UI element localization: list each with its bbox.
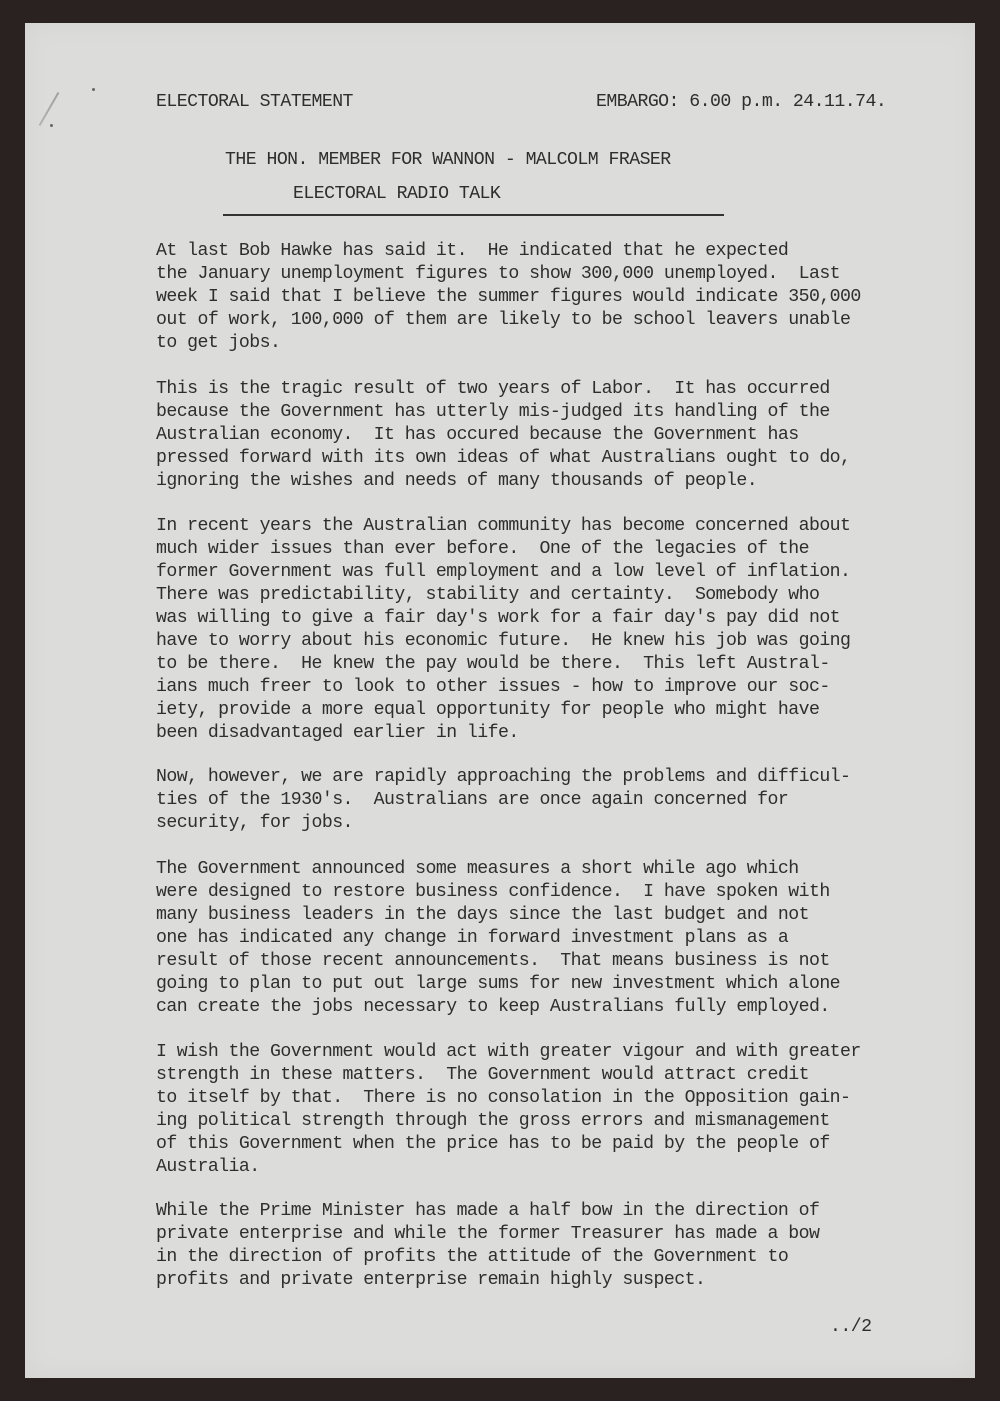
text-line: pressed forward with its own ideas of wh… — [156, 447, 850, 470]
text-line: been disadvantaged earlier in life. — [156, 722, 850, 745]
title-underline — [223, 214, 724, 216]
text-line: going to plan to put out large sums for … — [156, 973, 840, 996]
text-line: of this Government when the price has to… — [156, 1133, 861, 1156]
text-line: many business leaders in the days since … — [156, 904, 840, 927]
document-subtitle: ELECTORAL RADIO TALK — [293, 184, 500, 204]
text-line: to itself by that. There is no consolati… — [156, 1087, 861, 1110]
text-line: In recent years the Australian community… — [156, 515, 850, 538]
paper-blemish — [92, 88, 95, 91]
paragraph-4: Now, however, we are rapidly approaching… — [156, 766, 850, 835]
text-line: can create the jobs necessary to keep Au… — [156, 996, 840, 1019]
text-line: ties of the 1930's. Australians are once… — [156, 789, 850, 812]
page-continuation-marker: ../2 — [830, 1317, 871, 1337]
text-line: Australia. — [156, 1156, 861, 1179]
text-line: much wider issues than ever before. One … — [156, 538, 850, 561]
text-line: result of those recent announcements. Th… — [156, 950, 840, 973]
paragraph-7: While the Prime Minister has made a half… — [156, 1200, 819, 1292]
text-line: to get jobs. — [156, 332, 861, 355]
paragraph-2: This is the tragic result of two years o… — [156, 378, 850, 493]
document-title: THE HON. MEMBER FOR WANNON - MALCOLM FRA… — [225, 150, 671, 170]
text-line: week I said that I believe the summer fi… — [156, 286, 861, 309]
text-line: This is the tragic result of two years o… — [156, 378, 850, 401]
text-line: Australian economy. It has occured becau… — [156, 424, 850, 447]
text-line: have to worry about his economic future.… — [156, 630, 850, 653]
text-line: in the direction of profits the attitude… — [156, 1246, 819, 1269]
text-line: Now, however, we are rapidly approaching… — [156, 766, 850, 789]
text-line: profits and private enterprise remain hi… — [156, 1269, 819, 1292]
text-line: ignoring the wishes and needs of many th… — [156, 470, 850, 493]
text-line: At last Bob Hawke has said it. He indica… — [156, 240, 861, 263]
text-line: iety, provide a more equal opportunity f… — [156, 699, 850, 722]
statement-type-label: ELECTORAL STATEMENT — [156, 92, 353, 112]
text-line: because the Government has utterly mis-j… — [156, 401, 850, 424]
text-line: security, for jobs. — [156, 812, 850, 835]
embargo-label: EMBARGO: 6.00 p.m. 24.11.74. — [596, 92, 886, 112]
text-line: were designed to restore business confid… — [156, 881, 840, 904]
paragraph-6: I wish the Government would act with gre… — [156, 1041, 861, 1179]
text-line: The Government announced some measures a… — [156, 858, 840, 881]
text-line: There was predictability, stability and … — [156, 584, 850, 607]
text-line: While the Prime Minister has made a half… — [156, 1200, 819, 1223]
text-line: ing political strength through the gross… — [156, 1110, 861, 1133]
text-line: private enterprise and while the former … — [156, 1223, 819, 1246]
text-line: former Government was full employment an… — [156, 561, 850, 584]
text-line: ians much freer to look to other issues … — [156, 676, 850, 699]
text-line: one has indicated any change in forward … — [156, 927, 840, 950]
paragraph-1: At last Bob Hawke has said it. He indica… — [156, 240, 861, 355]
paper-blemish — [50, 124, 53, 127]
text-line: the January unemployment figures to show… — [156, 263, 861, 286]
text-line: out of work, 100,000 of them are likely … — [156, 309, 861, 332]
paragraph-3: In recent years the Australian community… — [156, 515, 850, 745]
text-line: to be there. He knew the pay would be th… — [156, 653, 850, 676]
paragraph-5: The Government announced some measures a… — [156, 858, 840, 1019]
text-line: I wish the Government would act with gre… — [156, 1041, 861, 1064]
text-line: was willing to give a fair day's work fo… — [156, 607, 850, 630]
text-line: strength in these matters. The Governmen… — [156, 1064, 861, 1087]
